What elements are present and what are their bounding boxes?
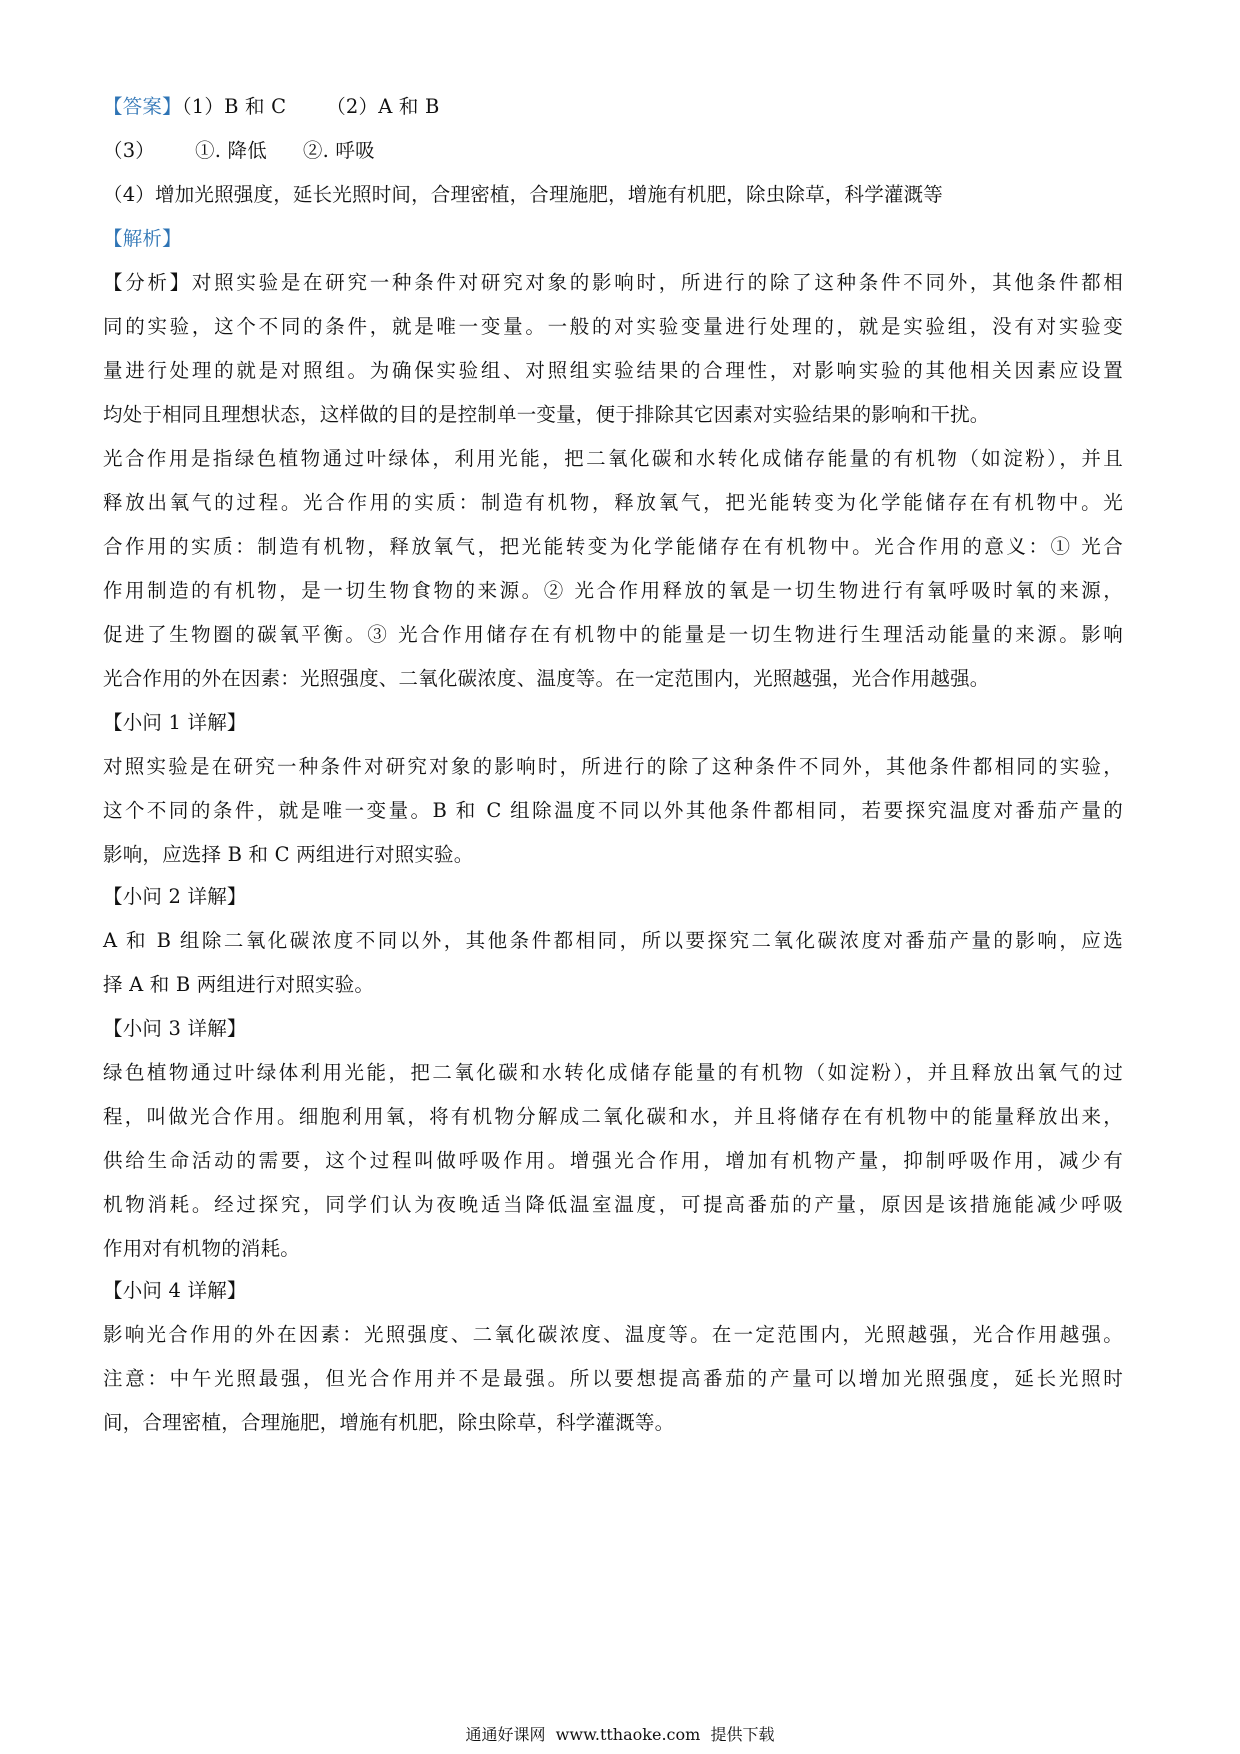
analysis-line: 同的实验，这个不同的条件，就是唯一变量。一般的对实验变量进行处理的，就是实验组，… [103, 314, 1123, 340]
answer-q3-b: ②. 呼吸 [303, 139, 375, 162]
sub1-line: 影响，应选择 B 和 C 两组进行对照实验。 [103, 842, 1123, 868]
sub1-line: 这个不同的条件，就是唯一变量。B 和 C 组除温度不同以外其他条件都相同，若要探… [103, 798, 1123, 824]
answer-q1: （1）B 和 C [182, 95, 286, 118]
sub3-line: 机物消耗。经过探究，同学们认为夜晚适当降低温室温度，可提高番茄的产量，原因是该措… [103, 1192, 1123, 1218]
answer-q3-a: ①. 降低 [195, 139, 267, 162]
sub3-line: 作用对有机物的消耗。 [103, 1236, 1123, 1262]
answer-q2: （2）A 和 B [326, 95, 439, 118]
answer-line-1: 【答案】（1）B 和 C（2）A 和 B [103, 94, 1123, 120]
answer-label: 【答案】 [103, 95, 182, 118]
sub2-line: A 和 B 组除二氧化碳浓度不同以外，其他条件都相同，所以要探究二氧化碳浓度对番… [103, 928, 1123, 954]
page-footer: 通通好课网 www.tthaoke.com 提供下载 [0, 1724, 1240, 1746]
sub3-line: 绿色植物通过叶绿体利用光能，把二氧化碳和水转化成储存能量的有机物（如淀粉），并且… [103, 1060, 1123, 1086]
sub4-line: 间，合理密植，合理施肥，增施有机肥，除虫除草，科学灌溉等。 [103, 1410, 1123, 1436]
analysis-line: 量进行处理的就是对照组。为确保实验组、对照组实验结果的合理性，对影响实验的其他相… [103, 358, 1123, 384]
answer-line-3: （3）①. 降低②. 呼吸 [103, 138, 1123, 164]
analysis-line: 合作用的实质：制造有机物，释放氧气，把光能转变为化学能储存在有机物中。光合作用的… [103, 534, 1123, 560]
sub1-line: 对照实验是在研究一种条件对研究对象的影响时，所进行的除了这种条件不同外，其他条件… [103, 754, 1123, 780]
sub4-line: 注意：中午光照最强，但光合作用并不是最强。所以要想提高番茄的产量可以增加光照强度… [103, 1366, 1123, 1392]
analysis-line: 光合作用的外在因素：光照强度、二氧化碳浓度、温度等。在一定范围内，光照越强，光合… [103, 666, 1123, 692]
analysis-heading: 【解析】 [103, 226, 1123, 252]
sub4-heading: 【小问 4 详解】 [103, 1278, 1123, 1304]
analysis-line: 作用制造的有机物，是一切生物食物的来源。② 光合作用释放的氧是一切生物进行有氧呼… [103, 578, 1123, 604]
answer-q3-prefix: （3） [103, 139, 155, 162]
sub2-line: 择 A 和 B 两组进行对照实验。 [103, 972, 1123, 998]
sub2-heading: 【小问 2 详解】 [103, 884, 1123, 910]
sub3-line: 程，叫做光合作用。细胞利用氧，将有机物分解成二氧化碳和水，并且将储存在有机物中的… [103, 1104, 1123, 1130]
analysis-line: 促进了生物圈的碳氧平衡。③ 光合作用储存在有机物中的能量是一切生物进行生理活动能… [103, 622, 1123, 648]
answer-q4: （4）增加光照强度，延长光照时间，合理密植，合理施肥，增施有机肥，除虫除草，科学… [103, 182, 1123, 208]
sub3-heading: 【小问 3 详解】 [103, 1016, 1123, 1042]
analysis-line: 均处于相同且理想状态，这样做的目的是控制单一变量，便于排除其它因素对实验结果的影… [103, 402, 1123, 428]
analysis-line: 【分析】对照实验是在研究一种条件对研究对象的影响时，所进行的除了这种条件不同外，… [103, 270, 1123, 296]
document-page: 【答案】（1）B 和 C（2）A 和 B （3）①. 降低②. 呼吸 （4）增加… [0, 0, 1240, 1754]
analysis-line: 释放出氧气的过程。光合作用的实质：制造有机物，释放氧气，把光能转变为化学能储存在… [103, 490, 1123, 516]
analysis-line: 光合作用是指绿色植物通过叶绿体，利用光能，把二氧化碳和水转化成储存能量的有机物（… [103, 446, 1123, 472]
sub1-heading: 【小问 1 详解】 [103, 710, 1123, 736]
sub4-line: 影响光合作用的外在因素：光照强度、二氧化碳浓度、温度等。在一定范围内，光照越强，… [103, 1322, 1123, 1348]
sub3-line: 供给生命活动的需要，这个过程叫做呼吸作用。增强光合作用，增加有机物产量，抑制呼吸… [103, 1148, 1123, 1174]
